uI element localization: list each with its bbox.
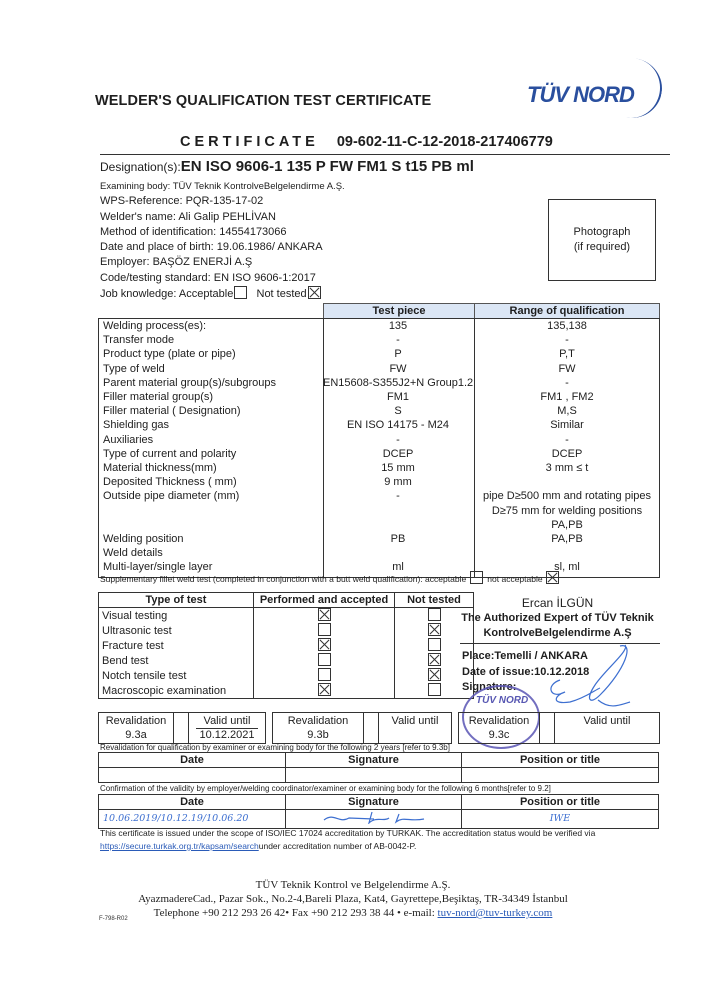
row-label: Welding process(es): — [103, 319, 323, 333]
row-label: Type of current and polarity — [103, 447, 323, 461]
certificate-number: 09-602-11-C-12-2018-217406779 — [337, 134, 553, 150]
range-value: - — [475, 333, 659, 347]
revalidation-label: Revalidation — [469, 715, 530, 727]
position-cell[interactable]: IWE — [462, 810, 659, 829]
test-piece-value: - — [323, 489, 473, 503]
performed-cell — [254, 683, 395, 699]
row-label: Filler material ( Designation) — [103, 404, 323, 418]
range-value: FW — [475, 362, 659, 376]
company-name: TÜV Teknik Kontrol ve Belgelendirme A.Ş. — [0, 878, 706, 892]
phone-fax: Telephone +90 212 293 26 42• Fax +90 212… — [154, 907, 438, 919]
th-signature: Signature — [286, 753, 462, 768]
test-piece-value: - — [323, 333, 473, 347]
row-label: Weld details — [103, 546, 323, 560]
turkak-link[interactable]: https://secure.turkak.org.tr/kapsam/sear… — [100, 841, 259, 851]
performed-cell — [254, 668, 395, 683]
range-value: 135,138 — [475, 319, 659, 333]
tuv-nord-logo: TÜV NORD — [527, 82, 634, 108]
accreditation-text: This certificate is issued under the sco… — [100, 828, 595, 838]
test-piece-value: 15 mm — [323, 461, 473, 475]
table-row: Visual testing — [99, 608, 474, 624]
confirmation-signature — [314, 810, 434, 824]
designation: Designation(s):EN ISO 9606-1 135 P FW FM… — [100, 158, 474, 175]
accreditation-note: This certificate is issued under the sco… — [100, 827, 595, 853]
th-date: Date — [99, 753, 286, 768]
expert-signature — [540, 640, 650, 715]
row-label: Deposited Thickness ( mm) — [103, 475, 323, 489]
performed-checkbox[interactable] — [318, 653, 331, 666]
range-value: DCEP — [475, 447, 659, 461]
acceptable-checkbox[interactable] — [470, 571, 483, 584]
not-tested-checkbox[interactable] — [428, 623, 441, 636]
table-row: Fracture test — [99, 638, 474, 653]
stamp-text: TÜV NORD — [476, 695, 528, 706]
revalidation-9-3a: Revalidation9.3a Valid until10.12.2021 — [98, 712, 266, 744]
birth-info: Date and place of birth: 19.06.1986/ ANK… — [100, 240, 345, 255]
revalidation-9-3b: Revalidation9.3b Valid until — [272, 712, 452, 744]
test-piece-value: - — [323, 433, 473, 447]
acceptable-checkbox[interactable] — [234, 286, 247, 299]
supplementary-text: Supplementary fillet weld test (complete… — [100, 574, 466, 584]
test-piece-value: EN ISO 14175 - M24 — [323, 418, 473, 432]
revalidation-label: Revalidation — [106, 715, 167, 727]
revalidation-signature-table: Date Signature Position or title — [98, 752, 659, 783]
examining-body: Examining body: TÜV Teknik KontrolveBelg… — [100, 179, 345, 194]
test-piece-value: DCEP — [323, 447, 473, 461]
signature-cell[interactable] — [286, 768, 462, 783]
test-name: Ultrasonic test — [99, 623, 254, 638]
performed-checkbox[interactable] — [318, 608, 331, 621]
range-value: Similar — [475, 418, 659, 432]
row-label: Material thickness(mm) — [103, 461, 323, 475]
revalidation-note: Revalidation for qualification by examin… — [100, 743, 450, 752]
certificate-number-line: CERTIFICATE 09-602-11-C-12-2018-21740677… — [180, 134, 553, 150]
test-piece-value: PB — [323, 532, 473, 546]
not-acceptable-checkbox[interactable] — [546, 571, 559, 584]
range-value: - — [475, 433, 659, 447]
test-piece-value: S — [323, 404, 473, 418]
test-name: Fracture test — [99, 638, 254, 653]
row-label: Parent material group(s)/subgroups — [103, 376, 323, 390]
performed-cell — [254, 623, 395, 638]
test-name: Bend test — [99, 653, 254, 668]
job-knowledge: Job knowledge: Acceptable Not tested — [100, 286, 345, 302]
row-label: Shielding gas — [103, 418, 323, 432]
table-row: Notch tensile test — [99, 668, 474, 683]
header-range-of-qualification: Range of qualification — [474, 303, 660, 319]
th-signature: Signature — [286, 795, 462, 810]
range-value: D≥75 mm for welding positions — [475, 504, 659, 518]
not-tested-checkbox[interactable] — [308, 286, 321, 299]
designation-label: Designation(s): — [100, 160, 181, 174]
test-piece-value: P — [323, 347, 473, 361]
revalidation-code: 9.3b — [307, 729, 328, 741]
th-position: Position or title — [462, 795, 659, 810]
certificate-label: CERTIFICATE — [180, 134, 319, 150]
test-piece-value: EN15608-S355J2+N Group1.2 — [323, 376, 473, 390]
date-cell[interactable]: 10.06.2019/10.12.19/10.06.20 — [99, 810, 286, 829]
performed-checkbox[interactable] — [318, 638, 331, 651]
header-test-piece: Test piece — [323, 303, 475, 319]
address: AyazmadereCad., Pazar Sok., No.2-4,Barel… — [0, 892, 706, 906]
not-tested-checkbox[interactable] — [428, 653, 441, 666]
welder-name: Welder's name: Ali Galip PEHLİVAN — [100, 210, 345, 225]
employer: Employer: BAŞÖZ ENERJİ A.Ş — [100, 255, 345, 270]
row-label: Outside pipe diameter (mm) — [103, 489, 323, 503]
expert-role: The Authorized Expert of TÜV Teknik — [455, 611, 660, 626]
divider — [100, 154, 670, 155]
revalidation-code: 9.3c — [489, 729, 510, 741]
position-cell[interactable] — [462, 768, 659, 783]
not-tested-checkbox[interactable] — [428, 638, 441, 651]
range-value: P,T — [475, 347, 659, 361]
row-label: Filler material group(s) — [103, 390, 323, 404]
photograph-box: Photograph(if required) — [548, 199, 656, 281]
not-tested-checkbox[interactable] — [428, 668, 441, 681]
test-type-table: Type of test Performed and accepted Not … — [98, 592, 474, 699]
supplementary-fillet: Supplementary fillet weld test (complete… — [100, 571, 559, 584]
not-acceptable-label: not acceptable — [487, 574, 542, 584]
test-piece-value: 135 — [323, 319, 473, 333]
range-value: pipe D≥500 mm and rotating pipes — [475, 489, 659, 503]
performed-checkbox[interactable] — [318, 668, 331, 681]
th-performed: Performed and accepted — [254, 593, 395, 608]
row-label: Product type (plate or pipe) — [103, 347, 323, 361]
th-date: Date — [99, 795, 286, 810]
photo-label: Photograph — [574, 226, 631, 238]
range-value: PA,PB — [475, 532, 659, 546]
form-code: F-798-R02 — [99, 916, 128, 922]
range-value: 3 mm ≤ t — [475, 461, 659, 475]
table-row: Ultrasonic test — [99, 623, 474, 638]
revalidation-label: Revalidation — [288, 715, 349, 727]
date-cell[interactable] — [99, 768, 286, 783]
welder-info: Examining body: TÜV Teknik KontrolveBelg… — [100, 179, 345, 302]
email-link[interactable]: tuv-nord@tuv-turkey.com — [438, 907, 553, 919]
range-value: PA,PB — [475, 518, 659, 532]
test-name: Macroscopic examination — [99, 683, 254, 699]
not-tested-checkbox[interactable] — [428, 683, 441, 696]
performed-cell — [254, 638, 395, 653]
test-piece-value: FM1 — [323, 390, 473, 404]
range-value: - — [475, 376, 659, 390]
company-address: TÜV Teknik Kontrol ve Belgelendirme A.Ş.… — [0, 878, 706, 920]
valid-until-value: 10.12.2021 — [196, 728, 257, 741]
signature-cell[interactable] — [286, 810, 462, 829]
confirmation-note: Confirmation of the validity by employer… — [100, 784, 551, 793]
th-type: Type of test — [99, 593, 254, 608]
performed-checkbox[interactable] — [318, 623, 331, 636]
revalidation-code: 9.3a — [125, 729, 146, 741]
test-name: Visual testing — [99, 608, 254, 624]
accreditation-number: under accreditation number of AB-0042-P. — [259, 841, 417, 851]
valid-until-label: Valid until — [204, 715, 251, 727]
valid-until-label: Valid until — [584, 715, 631, 727]
not-tested-checkbox[interactable] — [428, 608, 441, 621]
performed-cell — [254, 608, 395, 624]
job-knowledge-label: Job knowledge: Acceptable — [100, 288, 233, 300]
table-row: Bend test — [99, 653, 474, 668]
authorized-expert: Ercan İLGÜN The Authorized Expert of TÜV… — [455, 596, 660, 641]
range-value: M,S — [475, 404, 659, 418]
test-piece-value: 9 mm — [323, 475, 473, 489]
table-row: Macroscopic examination — [99, 683, 474, 699]
photo-note: (if required) — [574, 241, 630, 253]
designation-value: EN ISO 9606-1 135 P FW FM1 S t15 PB ml — [181, 158, 474, 175]
testing-standard: Code/testing standard: EN ISO 9606-1:201… — [100, 271, 345, 286]
valid-until-label: Valid until — [392, 715, 439, 727]
row-label: Auxiliaries — [103, 433, 323, 447]
row-label: Transfer mode — [103, 333, 323, 347]
row-label: Type of weld — [103, 362, 323, 376]
th-position: Position or title — [462, 753, 659, 768]
revalidation-9-3c: Revalidation9.3c Valid until — [458, 712, 660, 744]
identification: Method of identification: 14554173066 — [100, 225, 345, 240]
expert-name: Ercan İLGÜN — [455, 596, 660, 611]
test-piece-value: FW — [323, 362, 473, 376]
performed-checkbox[interactable] — [318, 683, 331, 696]
wps-reference: WPS-Reference: PQR-135-17-02 — [100, 194, 345, 209]
row-label: Welding position — [103, 532, 323, 546]
performed-cell — [254, 653, 395, 668]
not-tested-label: Not tested — [257, 288, 307, 300]
range-value: FM1 , FM2 — [475, 390, 659, 404]
confirmation-table: Date Signature Position or title 10.06.2… — [98, 794, 659, 829]
test-name: Notch tensile test — [99, 668, 254, 683]
expert-company: KontrolveBelgelendirme A.Ş — [455, 626, 660, 641]
document-title: WELDER'S QUALIFICATION TEST CERTIFICATE — [95, 93, 431, 109]
